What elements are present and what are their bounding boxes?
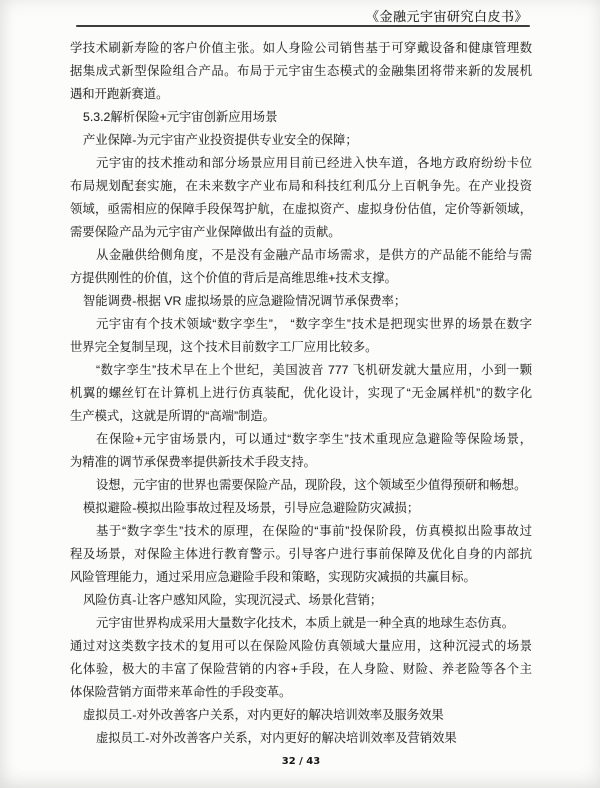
text-line: 领域，亟需相应的保障手段保驾护航，在虚拟资产、虚拟身份估值，定价等新领域， bbox=[70, 198, 532, 221]
text-line: 从金融供给侧角度，不是没有金融产品市场需求，是供方的产品能不能给与需 bbox=[70, 244, 532, 267]
document-header-title: 《金融元宇宙研究白皮书》 bbox=[366, 6, 528, 25]
text-line: 布局规划配套实施，在未来数字产业布局和科技红利瓜分上百帆争先。在产业投资 bbox=[70, 175, 532, 198]
text-line: 遇和开跑新赛道。 bbox=[70, 83, 532, 106]
text-line: 基于“数字孪生”技术的原理，在保险的“事前”投保阶段，仿真模拟出险事故过 bbox=[70, 520, 532, 543]
text-line: 风险管理能力，通过采用应急避险手段和策略，实现防灾减损的共赢目标。 bbox=[70, 566, 532, 589]
bullet-line: 风险仿真-让客户感知风险，实现沉浸式、场景化营销； bbox=[70, 589, 532, 612]
text-line: 学技术刷新寿险的客户价值主张。如人身险公司销售基于可穿戴设备和健康管理数 bbox=[70, 37, 532, 60]
text-line: 体保险营销方面带来革命性的手段变革。 bbox=[70, 681, 532, 704]
page-number: 32 / 43 bbox=[70, 756, 532, 767]
bullet-line: 智能调费-根据 VR 虚拟场景的应急避险情况调节承保费率； bbox=[70, 290, 532, 313]
text-line: 方提供刚性的价值，这个价值的背后是高维思维+技术支撑。 bbox=[70, 267, 532, 290]
text-line: 据集成式新型保险组合产品。布局于元宇宙生态模式的金融集团将带来新的发展机 bbox=[70, 60, 532, 83]
text-line: 需要保险产品为元宇宙产业保障做出有益的贡献。 bbox=[70, 221, 532, 244]
text-line: 元宇宙的技术推动和部分场景应用目前已经进入快车道，各地方政府纷纷卡位 bbox=[70, 152, 532, 175]
text-line: 机翼的螺丝钉在计算机上进行仿真装配，优化设计，实现了“无金属样机”的数字化 bbox=[70, 382, 532, 405]
text-line: 化体验，极大的丰富了保险营销的内容+手段，在人身险、财险、养老险等各个主 bbox=[70, 658, 532, 681]
text-line: 元宇宙世界构成采用大量数字化技术，本质上就是一种全真的地球生态仿真。 bbox=[70, 612, 532, 635]
text-line: 生产模式，这就是所谓的“高端”制造。 bbox=[70, 405, 532, 428]
bullet-line: 模拟避险-模拟出险事故过程及场景，引导应急避险防灾减损； bbox=[70, 497, 532, 520]
bullet-line: 产业保障-为元宇宙产业投资提供专业安全的保障； bbox=[70, 129, 532, 152]
text-line: 程及场景，对保险主体进行教育警示。引导客户进行事前保障及优化自身的内部抗 bbox=[70, 543, 532, 566]
bullet-line: 虚拟员工-对外改善客户关系，对内更好的解决培训效率及服务效果 bbox=[70, 704, 532, 727]
text-line: 世界完全复制呈现，这个技术目前数字工厂应用比较多。 bbox=[70, 336, 532, 359]
text-line: 通过对这类数字技术的复用可以在保险风险仿真领域大量应用，这种沉浸式的场景 bbox=[70, 635, 532, 658]
text-line: 为精准的调节承保费率提供新技术手段支持。 bbox=[70, 451, 532, 474]
section-heading: 5.3.2解析保险+元宇宙创新应用场景 bbox=[70, 106, 532, 129]
document-body: 学技术刷新寿险的客户价值主张。如人身险公司销售基于可穿戴设备和健康管理数 据集成… bbox=[70, 37, 532, 750]
header-divider-line bbox=[76, 25, 530, 27]
document-page: 《金融元宇宙研究白皮书》 学技术刷新寿险的客户价值主张。如人身险公司销售基于可穿… bbox=[0, 0, 600, 788]
text-line: 在保险+元宇宙场景内，可以通过“数字孪生”技术重现应急避险等保险场景， bbox=[70, 428, 532, 451]
text-line: 元宇宙有个技术领域“数字孪生”， “数字孪生”技术是把现实世界的场景在数字 bbox=[70, 313, 532, 336]
text-line: 虚拟员工-对外改善客户关系，对内更好的解决培训效率及营销效果 bbox=[70, 727, 532, 750]
text-line: “数字孪生”技术早在上个世纪，美国波音 777 飞机研发就大量应用，小到一颗 bbox=[70, 359, 532, 382]
text-line: 设想，元宇宙的世界也需要保险产品，现阶段，这个领域至少值得预研和畅想。 bbox=[70, 474, 532, 497]
